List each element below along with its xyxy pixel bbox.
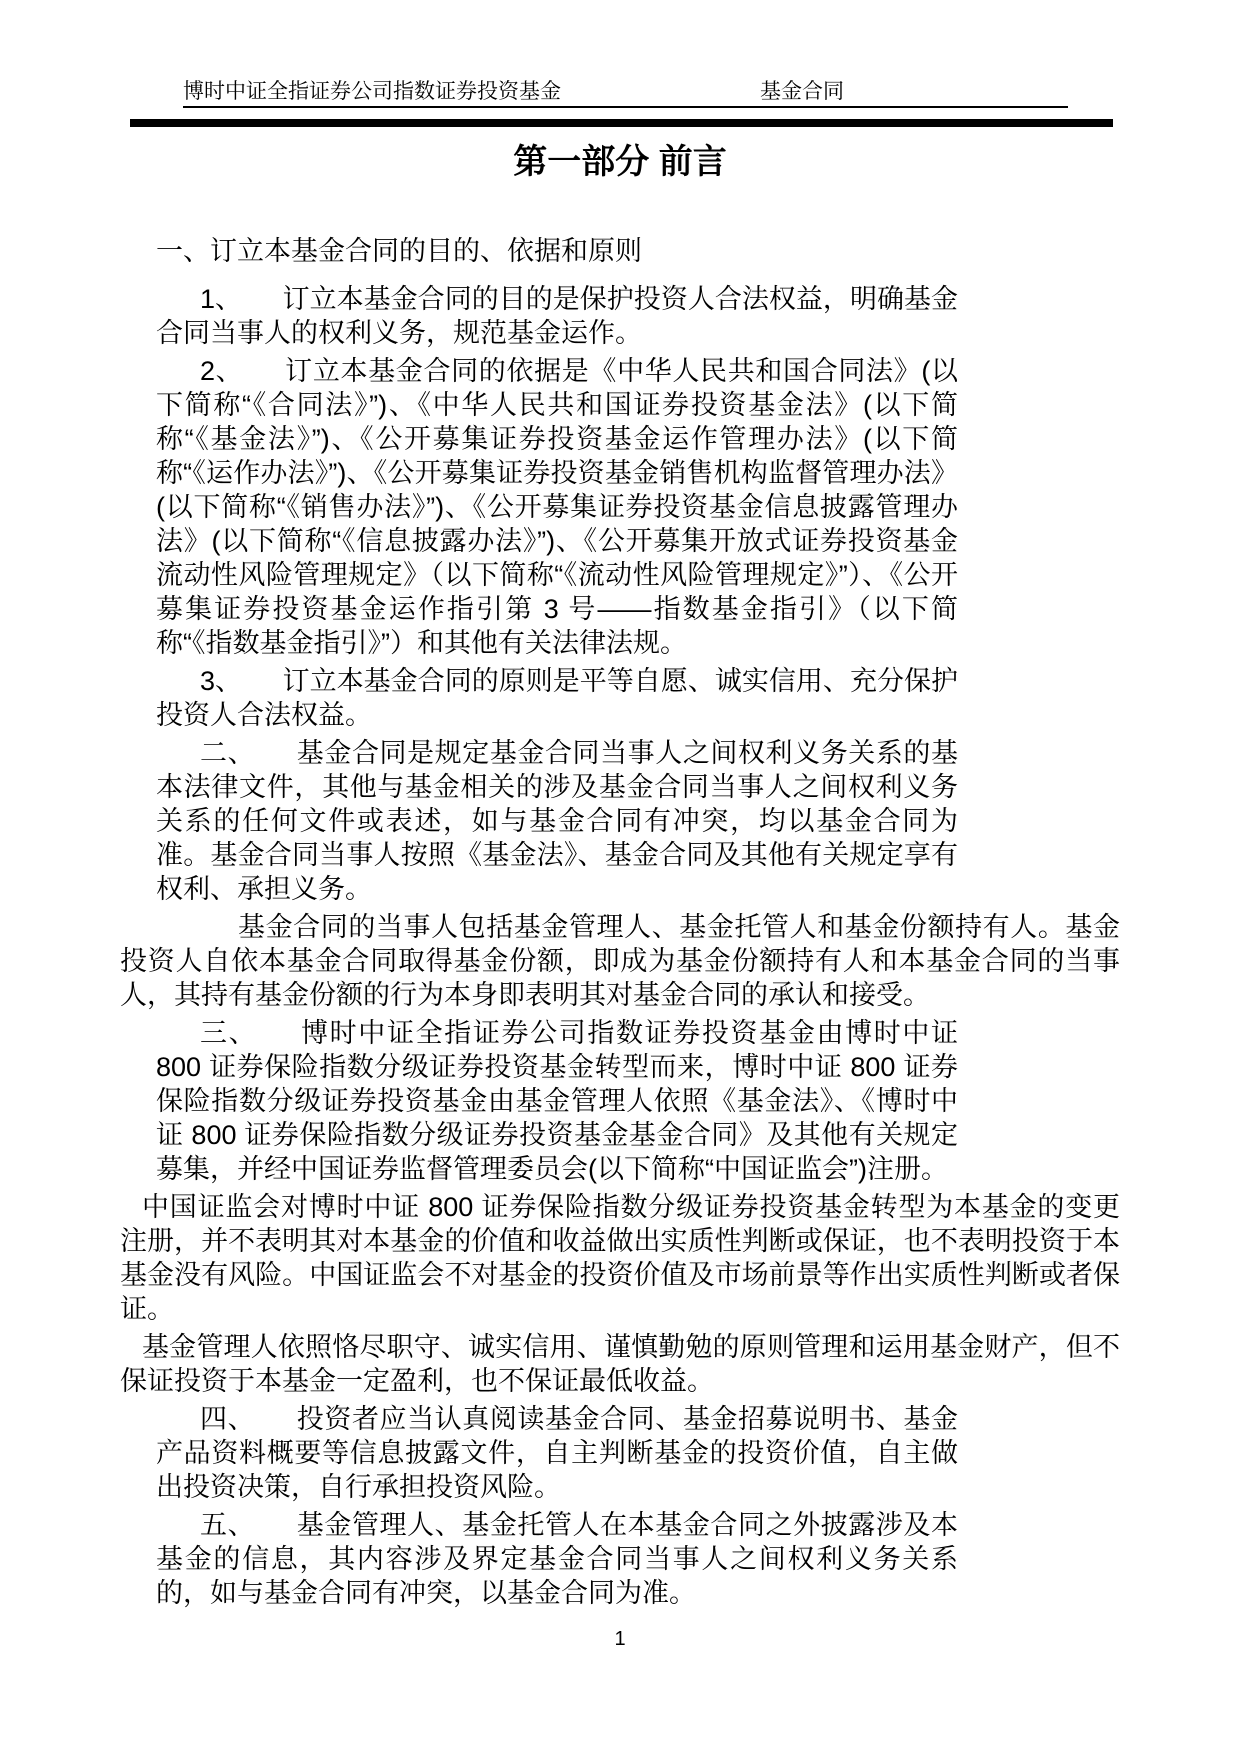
header-doc-type: 基金合同 [760,78,844,106]
paragraph-item-san: 三、 博时中证全指证券公司指数证券投资基金由博时中证 800 证券保险指数分级证… [156,1016,958,1186]
page-number: 1 [614,1628,625,1650]
paragraph-manager-duty: 基金管理人依照恪尽职守、诚实信用、谨慎勤勉的原则管理和运用基金财产，但不保证投资… [120,1330,1120,1398]
paragraph-item-si: 四、 投资者应当认真阅读基金合同、基金招募说明书、基金产品资料概要等信息披露文件… [156,1402,958,1504]
header-rule [130,119,1113,127]
paragraph-item-3: 3、 订立本基金合同的原则是平等自愿、诚实信用、充分保护投资人合法权益。 [156,664,958,732]
page-footer: 1 [0,1628,1240,1651]
paragraph-parties: 基金合同的当事人包括基金管理人、基金托管人和基金份额持有人。基金投资人自依本基金… [120,910,1120,1012]
paragraph-csrc-registration: 中国证监会对博时中证 800 证券保险指数分级证券投资基金转型为本基金的变更注册… [120,1190,1120,1326]
header-fund-name: 博时中证全指证券公司指数证券投资基金 [183,78,561,106]
page-header: 博时中证全指证券公司指数证券投资基金 基金合同 [183,78,1068,108]
document-page: 博时中证全指证券公司指数证券投资基金 基金合同 第一部分 前言 一、订立本基金合… [0,0,1240,1754]
section-heading: 一、订立本基金合同的目的、依据和原则 [156,234,958,268]
document-title: 第一部分 前言 [0,134,1240,183]
paragraph-item-er: 二、 基金合同是规定基金合同当事人之间权利义务关系的基本法律文件，其他与基金相关… [156,736,958,906]
paragraph-item-2: 2、 订立本基金合同的依据是《中华人民共和国合同法》(以下简称“《合同法》”)、… [156,354,958,660]
document-body: 一、订立本基金合同的目的、依据和原则 1、 订立本基金合同的目的是保护投资人合法… [120,234,1120,1610]
paragraph-item-wu: 五、 基金管理人、基金托管人在本基金合同之外披露涉及本基金的信息，其内容涉及界定… [156,1508,958,1610]
paragraph-item-1: 1、 订立本基金合同的目的是保护投资人合法权益，明确基金合同当事人的权利义务，规… [156,282,958,350]
